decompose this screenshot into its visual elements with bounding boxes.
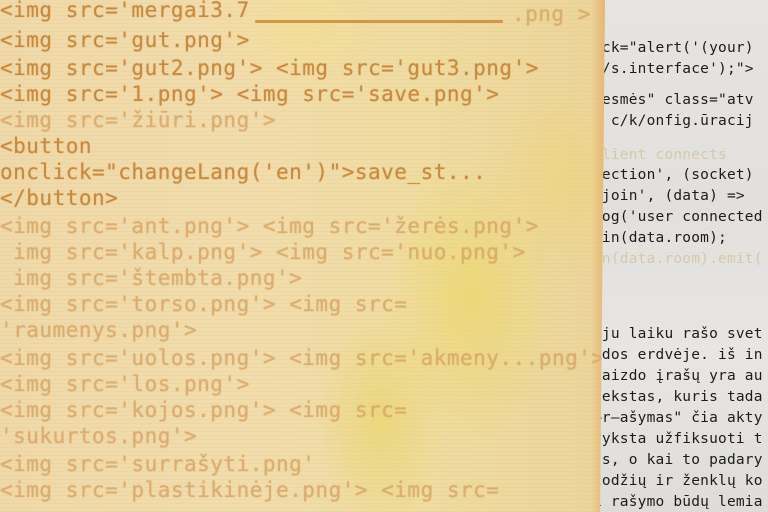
prose-line: į rašymo būdų lemia [593,494,763,510]
faded-code-line: <img src='plastikinėje.png'> <img src= [0,478,499,502]
prose-line: vaizdo įrašų yra au [593,368,763,384]
faded-code-line: onclick="changeLang('en')">save_st... [0,160,486,184]
prose-line: vyksta užfiksuoti t [593,431,763,447]
code-line: log('user connected [593,209,763,225]
faded-code-line: 'raumenys.png'> [0,318,197,342]
prose-line: žodžių ir ženklų ko [593,473,763,489]
prose-line: oju laiku rašo svet [593,326,763,342]
code-line: s c/k/onfig.ūracij [593,113,754,129]
prose-line: as, o kai to padary [593,452,763,468]
faded-code-line: <img src='kojos.png'> <img src= [0,398,407,422]
faded-code-line: img src='štembta.png'> [0,266,302,290]
faded-code-line: <img src='surrašyti.png' [0,452,315,476]
faded-code-line: <img src='žiūri.png'> [0,108,276,132]
faded-code-line: .png > [512,2,591,26]
faded-code-line: <img src='gut.png'> [0,28,250,52]
faded-code-line: <img src='los.png'> [0,372,250,396]
printed-code-page: ick="alert('(your) i/s.interface');"> -e… [585,0,768,512]
scratched-line [255,20,503,23]
faded-code-line: img src='kalp.png'> <img src='nuo.png'> [0,240,526,264]
prose-line: –r–ašymas" čia akty [593,410,763,426]
faded-code-line: <img src='uolos.png'> <img src='akmeny..… [0,346,605,370]
prose-line: odos erdvėje. iš in [593,347,763,363]
faded-code-line: 'sukurtos.png'> [0,424,197,448]
code-comment-line: client connects [593,147,727,163]
yellowed-code-panel: <img src='mergai3.7 .png > <img src='gut… [0,0,605,512]
code-line-faded: in(data.room).emit( [593,251,763,267]
artwork-photo: ick="alert('(your) i/s.interface');"> -e… [0,0,768,512]
prose-line: tekstas, kuris tada [593,389,763,405]
code-line: oin(data.room); [593,230,727,246]
code-line: 'join', (data) => [593,188,745,204]
faded-code-line: <img src='gut2.png'> <img src='gut3.png'… [0,56,539,80]
code-line: i/s.interface');"> [593,61,754,77]
code-line: -esmės" class="atv [593,92,754,108]
code-line: nection', (socket) [593,167,754,183]
faded-code-line: <img src='mergai3.7 [0,0,250,22]
code-line: ick="alert('(your) [593,40,754,56]
faded-code-line: </button> [0,186,118,210]
faded-code-line: <img src='torso.png'> <img src= [0,292,407,316]
faded-code-line: <img src='ant.png'> <img src='žerės.png'… [0,214,539,238]
faded-code-line: <img src='1.png'> <img src='save.png'> [0,82,499,106]
faded-code-line: <button [0,134,92,158]
